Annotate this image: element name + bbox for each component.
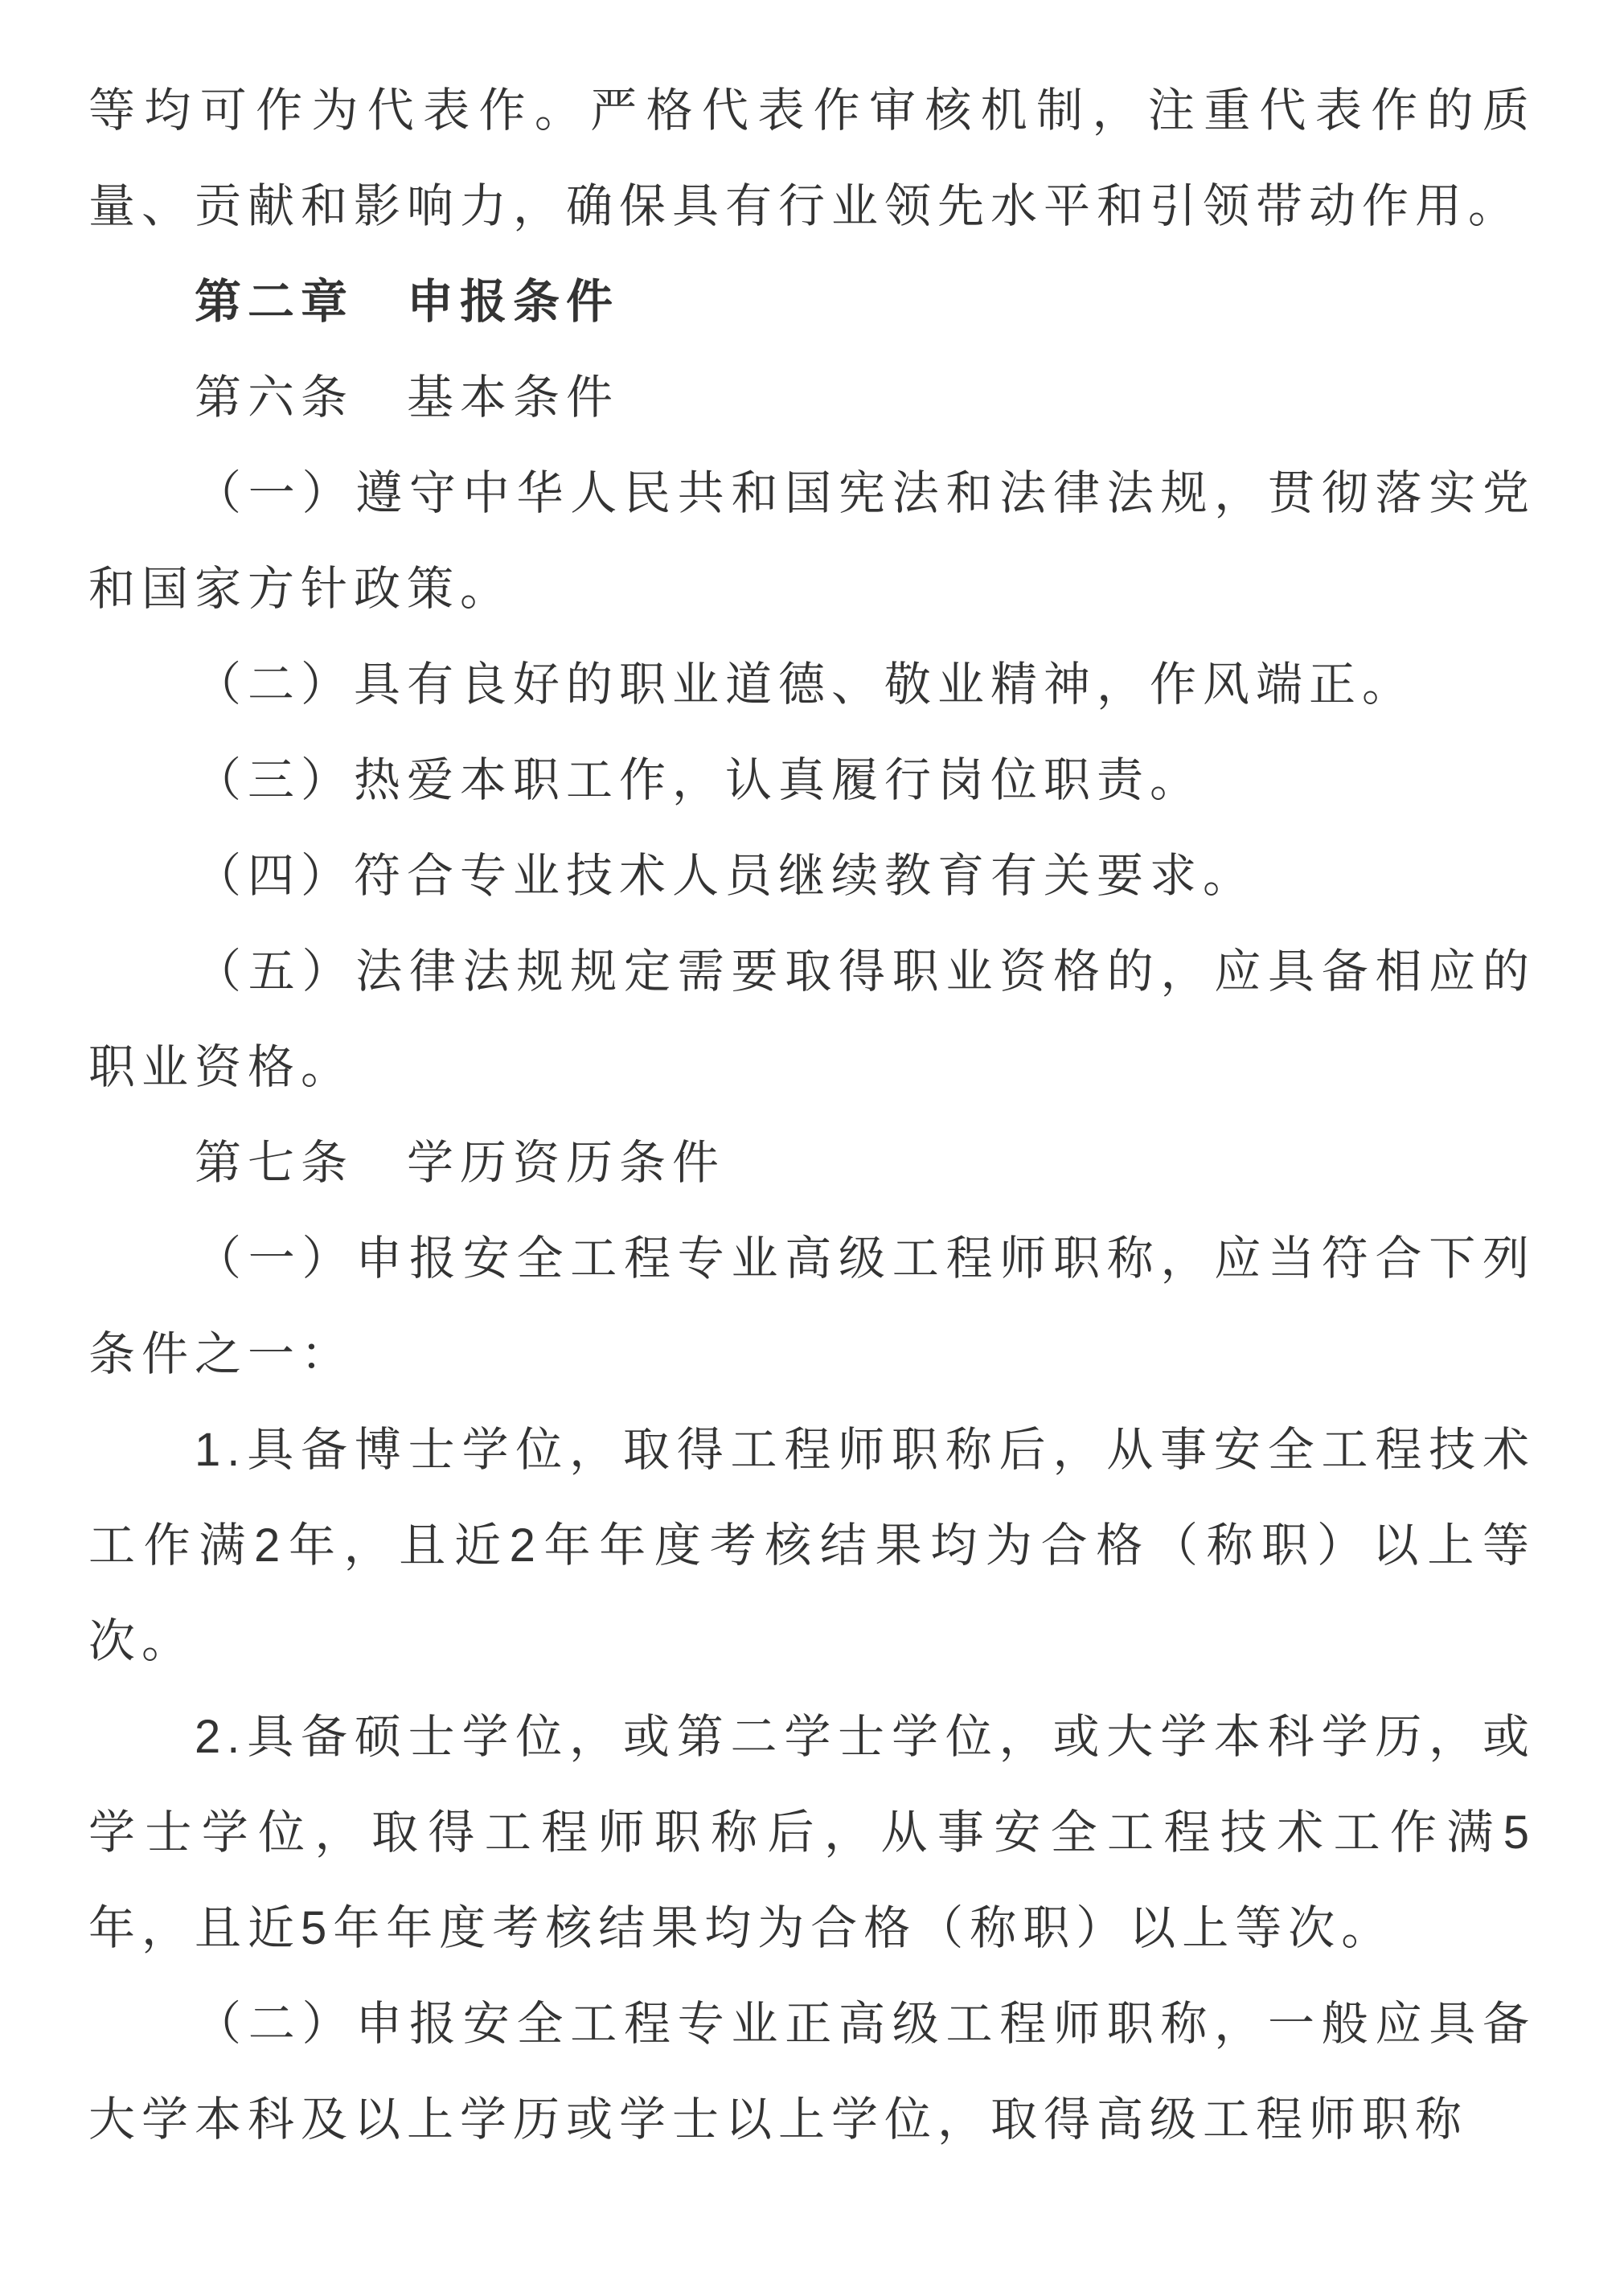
qualification-item-1: （一）申报安全工程专业高级工程师职称，应当符合下列条件之一： [88, 1211, 1536, 1402]
basic-condition-item-3: （三）热爱本职工作，认真履行岗位职责。 [88, 732, 1536, 828]
paragraph-representative-works: 等均可作为代表作。严格代表作审核机制，注重代表作的质量、贡献和影响力，确保具有行… [88, 63, 1536, 254]
basic-condition-item-2: （二）具有良好的职业道德、敬业精神，作风端正。 [88, 637, 1536, 732]
qualification-item-2: （二）申报安全工程专业正高级工程师职称，一般应具备大学本科及以上学历或学士以上学… [88, 1976, 1536, 2167]
article-7-heading: 第七条 学历资历条件 [88, 1115, 1536, 1211]
document-page: 等均可作为代表作。严格代表作审核机制，注重代表作的质量、贡献和影响力，确保具有行… [0, 0, 1624, 2296]
basic-condition-item-5: （五）法律法规规定需要取得职业资格的，应具备相应的职业资格。 [88, 924, 1536, 1115]
basic-condition-item-4: （四）符合专业技术人员继续教育有关要求。 [88, 828, 1536, 924]
basic-condition-item-1: （一）遵守中华人民共和国宪法和法律法规，贯彻落实党和国家方针政策。 [88, 445, 1536, 637]
article-6-heading: 第六条 基本条件 [88, 350, 1536, 445]
qualification-sub-item-master: 2.具备硕士学位，或第二学士学位，或大学本科学历，或学士学位，取得工程师职称后，… [88, 1689, 1536, 1976]
chapter-2-heading: 第二章 申报条件 [88, 254, 1536, 350]
qualification-sub-item-doctoral: 1.具备博士学位，取得工程师职称后，从事安全工程技术工作满2年，且近2年年度考核… [88, 1402, 1536, 1689]
